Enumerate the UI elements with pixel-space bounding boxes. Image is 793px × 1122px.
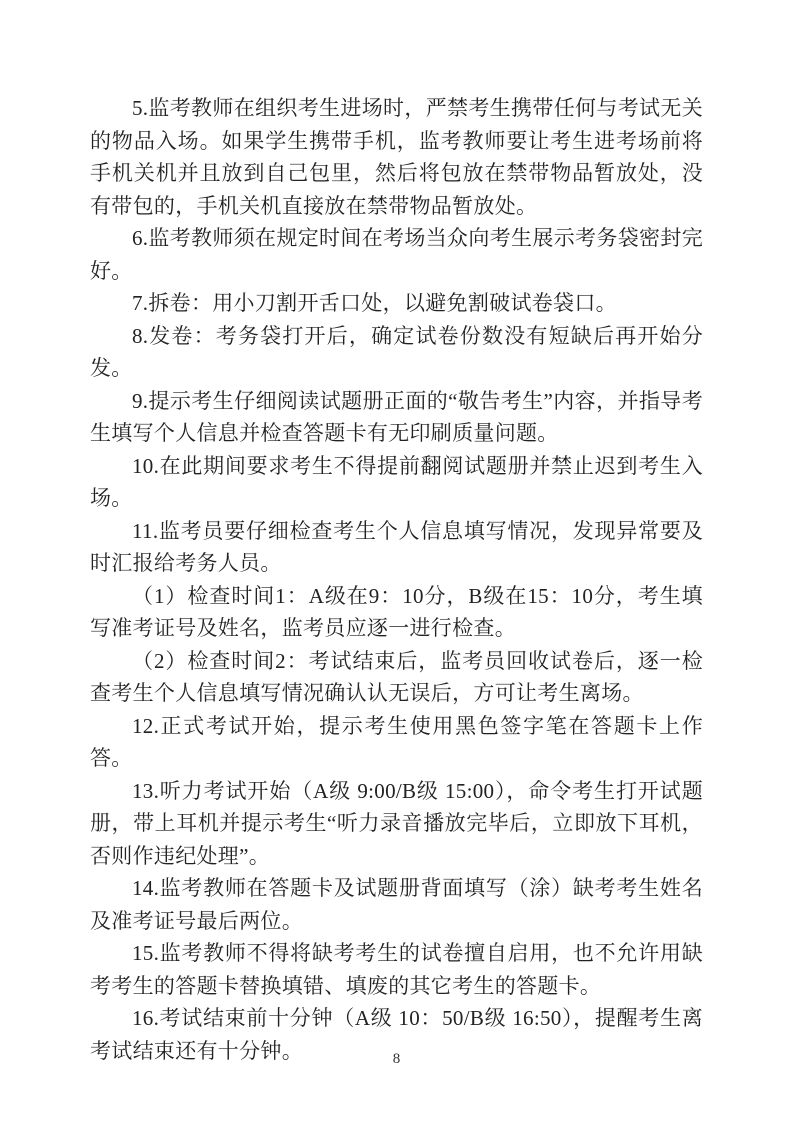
paragraph-item-12: 12.正式考试开始，提示考生使用黑色签字笔在答题卡上作答。 bbox=[90, 710, 703, 775]
paragraph-item-11: 11.监考员要仔细检查考生个人信息填写情况，发现异常要及时汇报给考务人员。 bbox=[90, 515, 703, 580]
page-footer: 8 bbox=[0, 1050, 793, 1068]
paragraph-item-6: 6.监考教师须在规定时间在考场当众向考生展示考务袋密封完好。 bbox=[90, 222, 703, 287]
paragraph-item-11-sub-1: （1）检查时间1：A级在9：10分，B级在15：10分，考生填写准考证号及姓名，… bbox=[90, 580, 703, 645]
paragraph-item-15: 15.监考教师不得将缺考考生的试卷擅自启用，也不允许用缺考考生的答题卡替换填错、… bbox=[90, 937, 703, 1002]
page-number: 8 bbox=[393, 1051, 401, 1067]
paragraph-item-11-sub-2: （2）检查时间2：考试结束后，监考员回收试卷后，逐一检查考生个人信息填写情况确认… bbox=[90, 645, 703, 710]
paragraph-item-14: 14.监考教师在答题卡及试题册背面填写（涂）缺考考生姓名及准考证号最后两位。 bbox=[90, 872, 703, 937]
paragraph-item-9: 9.提示考生仔细阅读试题册正面的“敬告考生”内容，并指导考生填写个人信息并检查答… bbox=[90, 385, 703, 450]
paragraph-item-7: 7.拆卷：用小刀割开舌口处，以避免割破试卷袋口。 bbox=[90, 287, 703, 320]
paragraph-item-8: 8.发卷：考务袋打开后，确定试卷份数没有短缺后再开始分发。 bbox=[90, 320, 703, 385]
document-body: 5.监考教师在组织考生进场时，严禁考生携带任何与考试无关的物品入场。如果学生携带… bbox=[90, 92, 703, 1067]
paragraph-item-13: 13.听力考试开始（A级 9:00/B级 15:00），命令考生打开试题册，带上… bbox=[90, 775, 703, 873]
paragraph-item-10: 10.在此期间要求考生不得提前翻阅试题册并禁止迟到考生入场。 bbox=[90, 450, 703, 515]
document-page: 5.监考教师在组织考生进场时，严禁考生携带任何与考试无关的物品入场。如果学生携带… bbox=[0, 0, 793, 1122]
paragraph-item-5: 5.监考教师在组织考生进场时，严禁考生携带任何与考试无关的物品入场。如果学生携带… bbox=[90, 92, 703, 222]
